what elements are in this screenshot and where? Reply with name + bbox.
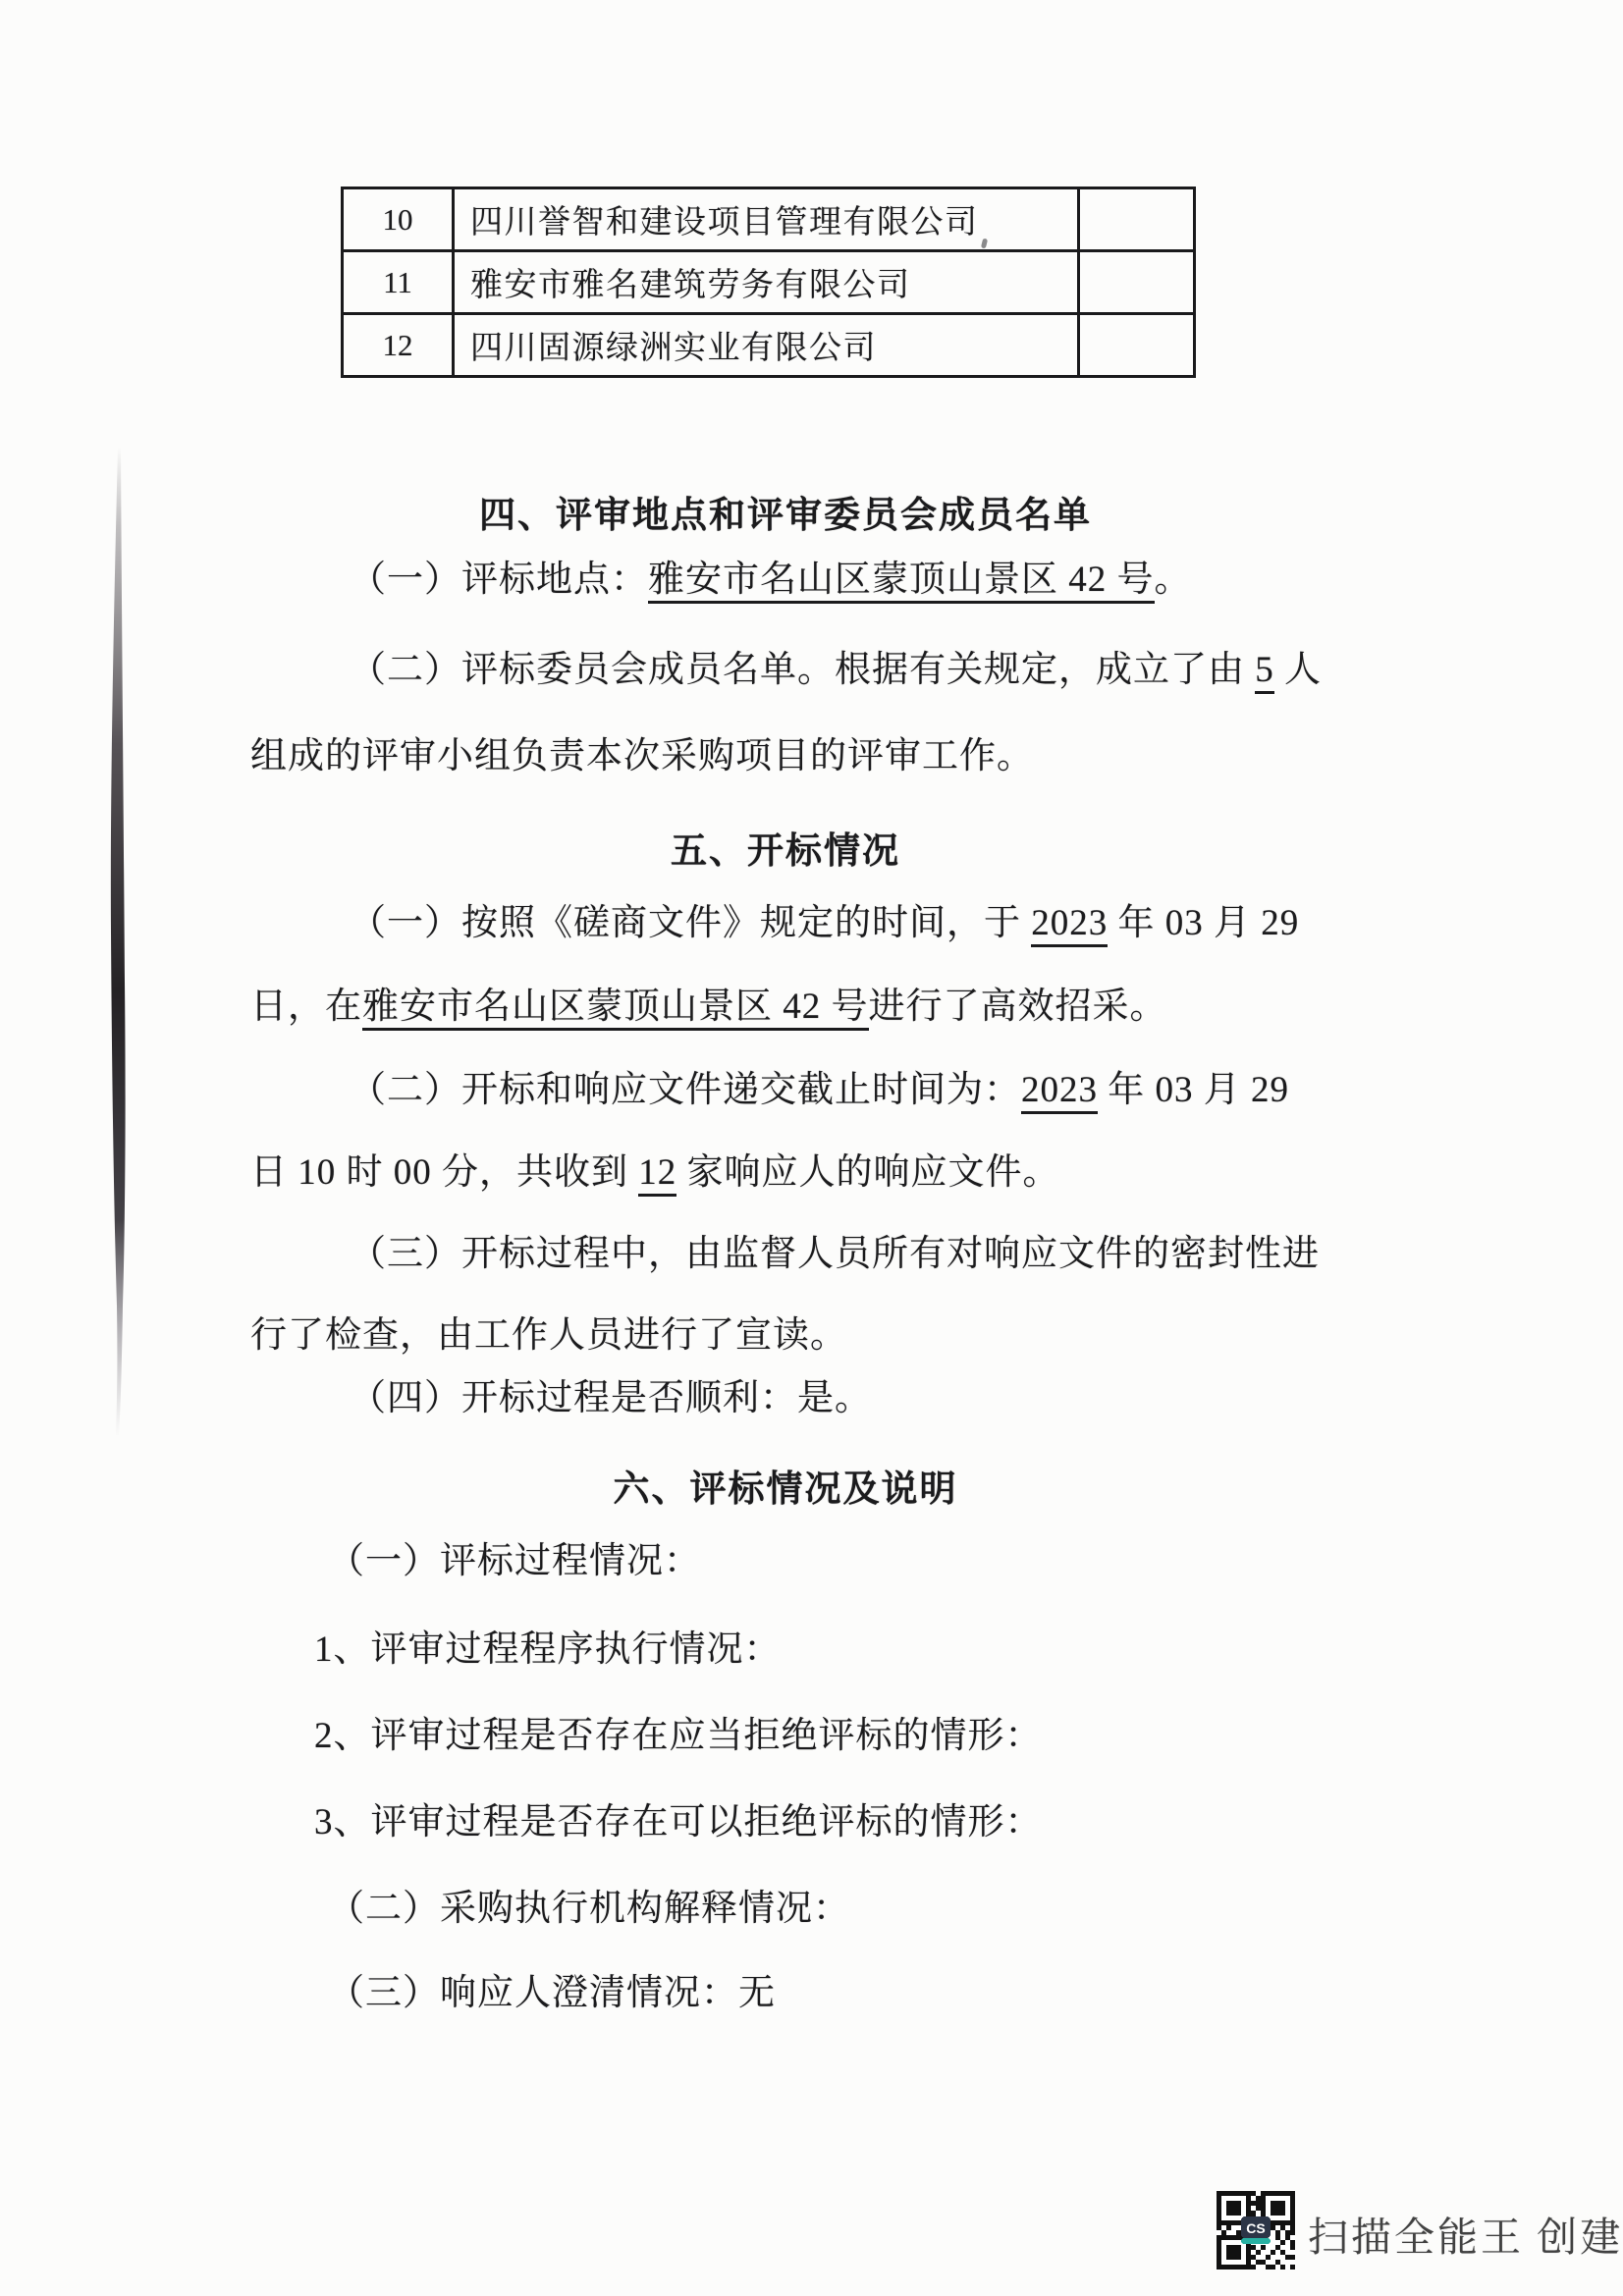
section-6-line-1: （一）评标过程情况： xyxy=(328,1539,701,1584)
scanned-document-page: 10 四川誉智和建设项目管理有限公司 11 雅安市雅名建筑劳务有限公司 12 四… xyxy=(0,0,1623,2296)
empty-cell xyxy=(1080,252,1193,312)
section-6-line-5: （二）采购执行机构解释情况： xyxy=(328,1887,850,1932)
row-number-cell: 10 xyxy=(344,189,455,249)
section-6-heading: 六、评标情况及说明 xyxy=(255,1459,1316,1512)
camscanner-qr-code: CS xyxy=(1216,2191,1296,2269)
section-5-paragraph-2-line-1: （二）开标和响应文件递交截止时间为：2023 年 03 月 29 xyxy=(350,1068,1289,1113)
section-6-line-4: 3、评审过程是否存在可以拒绝评标的情形： xyxy=(314,1800,1043,1845)
camscanner-credit-text: 扫描全能王 创建 xyxy=(1308,2205,1623,2263)
table-row: 12 四川固源绿洲实业有限公司 xyxy=(344,315,1193,375)
section-4-heading: 四、评审地点和评审委员会成员名单 xyxy=(255,485,1316,538)
table-row: 11 雅安市雅名建筑劳务有限公司 xyxy=(344,252,1193,315)
section-5-paragraph-3-line-1: （三）开标过程中，由监督人员所有对响应文件的密封性进 xyxy=(350,1232,1320,1277)
table-row: 10 四川誉智和建设项目管理有限公司 xyxy=(344,189,1193,252)
company-name-cell: 雅安市雅名建筑劳务有限公司 xyxy=(455,252,1080,312)
empty-cell xyxy=(1080,315,1193,375)
cs-logo-text: CS xyxy=(1246,2220,1265,2236)
section-5-paragraph-2-line-2: 日 10 时 00 分，共收到 12 家响应人的响应文件。 xyxy=(250,1150,1060,1196)
section-6-line-3: 2、评审过程是否存在应当拒绝评标的情形： xyxy=(314,1714,1043,1759)
section-5-paragraph-4: （四）开标过程是否顺利：是。 xyxy=(350,1376,872,1421)
camscanner-logo-badge: CS xyxy=(1241,2216,1271,2244)
row-number-cell: 12 xyxy=(344,315,455,375)
section-5-heading: 五、开标情况 xyxy=(255,821,1316,874)
empty-cell xyxy=(1080,189,1193,249)
supplier-table: 10 四川誉智和建设项目管理有限公司 11 雅安市雅名建筑劳务有限公司 12 四… xyxy=(341,187,1196,378)
section-6-line-2: 1、评审过程程序执行情况： xyxy=(314,1628,782,1673)
section-4-paragraph-2-line-2: 组成的评审小组负责本次采购项目的评审工作。 xyxy=(250,734,1034,779)
company-name-cell: 四川固源绿洲实业有限公司 xyxy=(455,315,1080,375)
row-number-cell: 11 xyxy=(344,252,455,312)
section-5-paragraph-3-line-2: 行了检查，由工作人员进行了宣读。 xyxy=(250,1313,847,1359)
section-4-paragraph-1: （一）评标地点：雅安市名山区蒙顶山景区 42 号。 xyxy=(350,558,1192,603)
section-4-paragraph-2-line-1: （二）评标委员会成员名单。根据有关规定，成立了由 5 人 xyxy=(350,648,1322,693)
section-5-paragraph-1-line-1: （一）按照《磋商文件》规定的时间，于 2023 年 03 月 29 xyxy=(350,901,1299,946)
section-6-line-6: （三）响应人澄清情况：无 xyxy=(328,1971,776,2016)
section-5-paragraph-1-line-2: 日，在雅安市名山区蒙顶山景区 42 号进行了高效招采。 xyxy=(250,985,1167,1030)
